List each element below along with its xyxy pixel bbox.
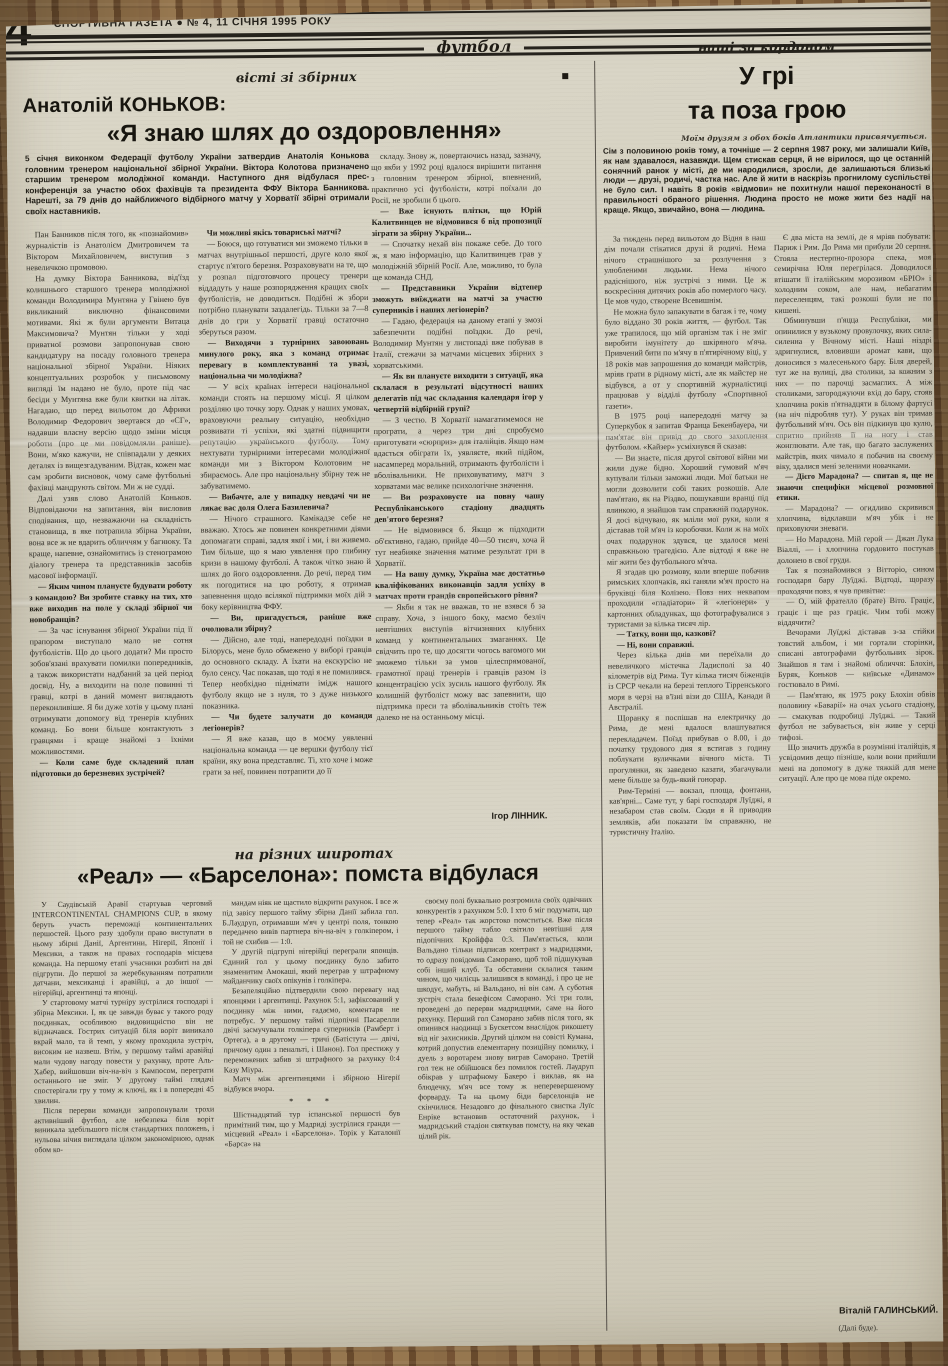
to-be-continued-note: (Далі буде). [778, 1324, 938, 1334]
match-report-column-1: У Саудівській Аравії стартував черговий … [32, 899, 216, 1333]
body-paragraph: — Спочатку нехай він покаже себе. До тог… [372, 237, 542, 283]
body-paragraph: — Дійсно, але тоді, напередодні поїздки … [202, 633, 373, 712]
interview-headline-quote: «Я знаю шлях до оздоровлення» [107, 119, 502, 147]
match-report-headline: «Реал» — «Барселона»: помста відбулася [28, 861, 588, 888]
question-paragraph: — Дієго Марадона? — спитав я, ще не знаю… [776, 471, 933, 504]
question-paragraph: — Чи будете залучати до команди легіонер… [202, 710, 372, 734]
match-report-column-2: мандам ніяк не щастило відкрити рахунок.… [222, 897, 402, 1331]
body-paragraph: У Саудівській Аравії стартував черговий … [32, 899, 213, 999]
body-paragraph: Рим-Терміні — вокзал, площа, фонтани, ка… [609, 785, 771, 839]
question-paragraph: — Ви розраховуєте на повну чашу Республі… [374, 490, 544, 525]
abroad-headline-line2: та поза грою [604, 94, 929, 128]
question-paragraph: — Коли саме буде складений план підготов… [31, 756, 194, 780]
interview-column-1: Пан Банников після того, як «познайомив»… [26, 228, 195, 820]
interview-headline-name: Анатолій КОНЬКОВ: [22, 94, 226, 116]
question-paragraph: — Вибачте, але у випадку невдачі чи не л… [200, 490, 370, 514]
question-paragraph: — Вже існують плітки, що Юрій Калитвинце… [371, 204, 541, 239]
body-paragraph: У стартовому матчі турніру зустрілися го… [33, 996, 214, 1105]
question-paragraph: — Представники України відтепер зможуть … [372, 281, 542, 316]
body-paragraph: Шістнадцятий тур іспанської першості був… [224, 1108, 400, 1149]
body-paragraph: Після перерви команди запропонували трох… [34, 1104, 214, 1155]
body-paragraph: — Якби я так не вважав, то не взявся б з… [375, 600, 546, 723]
interview-column-2: Чи можливі якісь товариські матчі?— Боюс… [198, 226, 374, 818]
question-paragraph: — Ви, пригадується, раніше вже очолювали… [201, 611, 371, 635]
body-paragraph: — Ви знаєте, після другої світової війни… [606, 452, 769, 568]
body-paragraph: — О, мій фрателло (брате) Віто. Граціє, … [777, 596, 934, 629]
body-paragraph: — Марадона? — огидливо скривився хлопчин… [776, 502, 933, 535]
interview-column-3: складу. Знову ж, повертаючись назад, заз… [371, 149, 547, 807]
interview-byline: Ігор ЛІННИК. [377, 811, 547, 822]
body-paragraph: — За час існування збірної України під ї… [29, 624, 193, 758]
body-paragraph: мандам ніяк не щастило відкрити рахунок.… [222, 897, 398, 948]
body-paragraph: своєму полі буквально розгромила своїх о… [416, 895, 594, 1142]
body-paragraph: За тиждень перед вильотом до Відня в наш… [604, 233, 767, 307]
body-paragraph: Безапеляційно підтвердили свою перевагу … [223, 985, 400, 1075]
match-report-column-3: своєму полі буквально розгромила своїх о… [416, 895, 596, 1329]
section-separator: * * * [224, 1096, 400, 1107]
newspaper-page: 4 СПОРТИВНА ГАЗЕТА ● № 4, 11 СІЧНЯ 1995 … [6, 2, 944, 1351]
body-paragraph: — Я вже казав, що в моєму уявленні націо… [203, 732, 373, 778]
body-paragraph: Щоранку я поспішав на електричку до Рима… [608, 712, 771, 786]
interview-kicker: вісті зі збірних [116, 70, 476, 86]
body-paragraph: Не можна було запакувати в багаж і те, ч… [604, 306, 767, 412]
body-paragraph: Є два міста на землі, де я мріяв побуват… [774, 232, 932, 317]
body-paragraph: — З честю. В Хорватії намагатимемося не … [373, 413, 544, 492]
body-paragraph: Пан Банников після того, як «познайомив»… [26, 228, 189, 274]
question-paragraph: — Як ви плануєте виходити з ситуації, як… [373, 369, 543, 415]
body-paragraph: — Не відмовився б. Якщо ж підходити об'є… [375, 523, 545, 569]
body-paragraph: складу. Знову ж, повертаючись назад, заз… [371, 149, 542, 206]
body-paragraph: На думку Віктора Банникова, від'їзд коли… [26, 272, 191, 494]
body-paragraph: Вечорами Луїджі діставав з-за стійки тов… [778, 627, 936, 691]
body-paragraph: Що значить дружба в розумінні італійців,… [779, 741, 936, 784]
abroad-column-1: За тиждень перед вильотом до Відня в наш… [604, 233, 776, 1297]
kicker-square-mark [562, 73, 568, 79]
body-paragraph: Далі узяв слово Анатолій Коньков. Відпов… [28, 492, 192, 582]
body-paragraph: — Пам'ятаю, як 1975 року Блохін обвів по… [778, 689, 935, 743]
body-paragraph: У другій підгрупі нігерійці переграли яп… [223, 946, 399, 987]
body-paragraph: Обминувши п'яцца Республіки, ми опинилис… [775, 315, 933, 473]
abroad-column-2: Є два міста на землі, де я мріяв побуват… [774, 232, 941, 1301]
abroad-headline-line1: У грі [604, 60, 929, 94]
body-paragraph: — Боюся, що готуватися ми зможемо тільки… [198, 237, 369, 338]
photo-of-newspaper: { "masthead": { "page_number": "4", "lin… [0, 0, 948, 1366]
abroad-dedication: Моїм друзям з обох боків Атлантики присв… [605, 132, 927, 144]
body-paragraph: — Но Марадона. Мій герой — Джан Лука Віа… [777, 533, 934, 566]
question-paragraph: — Виходячи з турнірних завоювань минулог… [199, 336, 369, 382]
body-paragraph: Матч між аргентинцями і збірною Нігерії … [224, 1073, 400, 1094]
interview-lead: 5 січня виконком Федерації футболу Украї… [25, 151, 370, 218]
body-paragraph: — Гадаю, федерація на даному етапі у змо… [373, 314, 544, 371]
body-paragraph: Через кілька днів ми переїхали до невели… [608, 649, 771, 713]
abroad-byline: Віталій ГАЛИНСЬКИЙ. [778, 1306, 938, 1317]
abroad-lead: Сім з половиною років тому, а точніше — … [603, 144, 931, 225]
